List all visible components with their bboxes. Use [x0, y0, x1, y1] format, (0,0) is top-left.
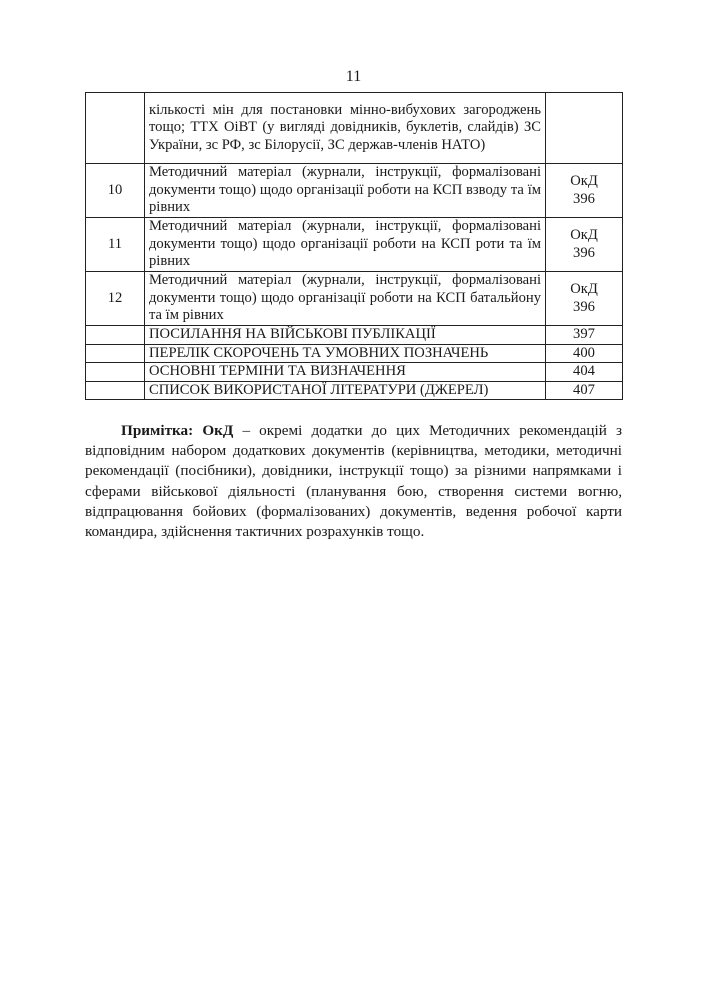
row-page-number: 396	[573, 299, 595, 315]
row-title: Методичний матеріал (журнали, інструкції…	[145, 272, 546, 326]
table-row-section: ПОСИЛАННЯ НА ВІЙСЬКОВІ ПУБЛІКАЦІЇ 397	[86, 326, 623, 345]
table-row-section: ОСНОВНІ ТЕРМІНИ ТА ВИЗНАЧЕННЯ 404	[86, 363, 623, 382]
table-of-contents: кількості мін для постановки мінно-вибух…	[85, 92, 623, 400]
note-label: Примітка: ОкД	[121, 422, 233, 439]
row-number	[86, 344, 145, 363]
section-page: 404	[546, 363, 623, 382]
note-text: – окремі додатки до цих Методичних реком…	[85, 422, 622, 540]
section-page: 397	[546, 326, 623, 345]
page-number: 11	[0, 68, 707, 86]
table-row-section: ПЕРЕЛІК СКОРОЧЕНЬ ТА УМОВНИХ ПОЗНАЧЕНЬ 4…	[86, 344, 623, 363]
row-title: Методичний матеріал (журнали, інструкції…	[145, 218, 546, 272]
row-page: ОкД396	[546, 164, 623, 218]
row-number	[86, 326, 145, 345]
row-number: 10	[86, 164, 145, 218]
section-page: 407	[546, 381, 623, 400]
row-number: 11	[86, 218, 145, 272]
row-page-label: ОкД	[570, 227, 598, 243]
table-row-section: СПИСОК ВИКОРИСТАНОЇ ЛІТЕРАТУРИ (ДЖЕРЕЛ) …	[86, 381, 623, 400]
row-page-number: 396	[573, 245, 595, 261]
row-page: ОкД396	[546, 218, 623, 272]
section-page: 400	[546, 344, 623, 363]
row-title: Методичний матеріал (журнали, інструкції…	[145, 164, 546, 218]
row-page	[546, 93, 623, 164]
table-row-continuation: кількості мін для постановки мінно-вибух…	[86, 93, 623, 164]
table-row: 12 Методичний матеріал (журнали, інструк…	[86, 272, 623, 326]
row-number	[86, 363, 145, 382]
row-number	[86, 381, 145, 400]
section-title: ОСНОВНІ ТЕРМІНИ ТА ВИЗНАЧЕННЯ	[145, 363, 546, 382]
row-page-label: ОкД	[570, 173, 598, 189]
row-page-label: ОкД	[570, 281, 598, 297]
table-row: 10 Методичний матеріал (журнали, інструк…	[86, 164, 623, 218]
section-title: СПИСОК ВИКОРИСТАНОЇ ЛІТЕРАТУРИ (ДЖЕРЕЛ)	[145, 381, 546, 400]
row-number: 12	[86, 272, 145, 326]
table-row: 11 Методичний матеріал (журнали, інструк…	[86, 218, 623, 272]
row-page: ОкД396	[546, 272, 623, 326]
row-page-number: 396	[573, 191, 595, 207]
row-title: кількості мін для постановки мінно-вибух…	[145, 93, 546, 164]
section-title: ПЕРЕЛІК СКОРОЧЕНЬ ТА УМОВНИХ ПОЗНАЧЕНЬ	[145, 344, 546, 363]
note-paragraph: Примітка: ОкД – окремі додатки до цих Ме…	[85, 421, 622, 542]
row-number	[86, 93, 145, 164]
section-title: ПОСИЛАННЯ НА ВІЙСЬКОВІ ПУБЛІКАЦІЇ	[145, 326, 546, 345]
